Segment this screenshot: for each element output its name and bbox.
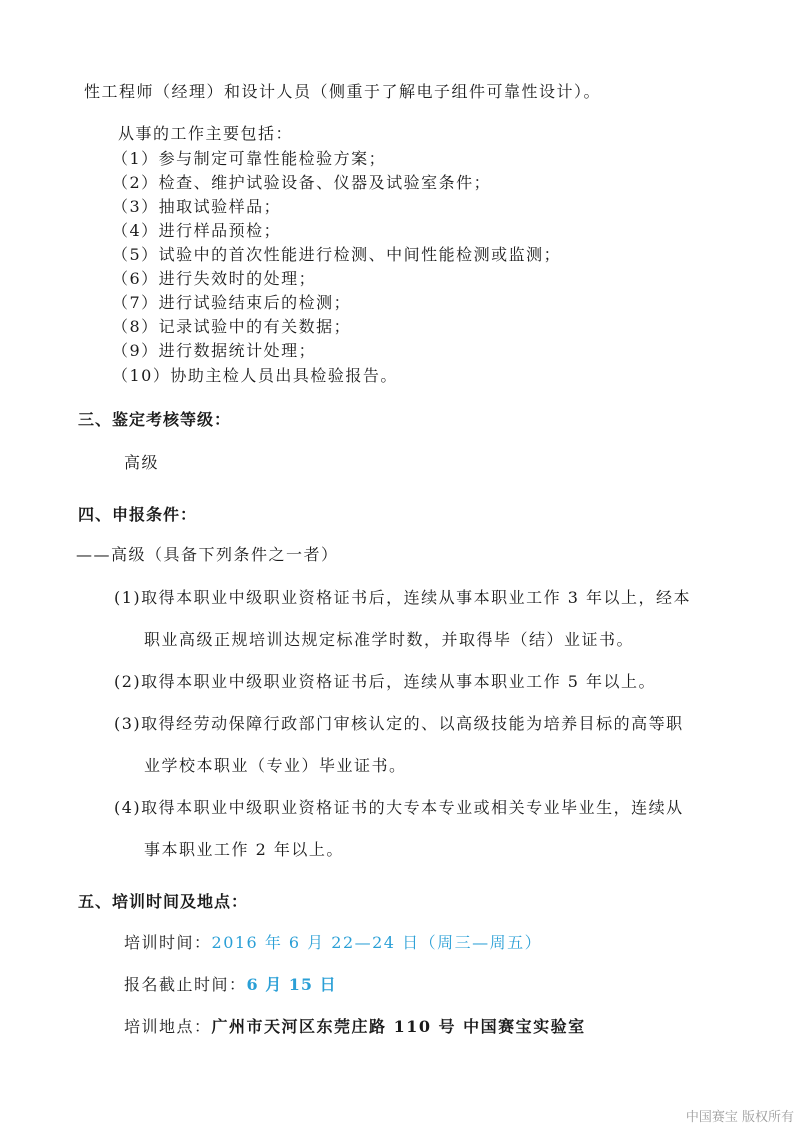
duty-item: （9）进行数据统计处理； xyxy=(112,341,316,361)
condition-4-line2: 事本职业工作 2 年以上。 xyxy=(144,840,344,860)
copyright-footer: 中国赛宝 版权所有 xyxy=(686,1106,794,1125)
condition-3-line1: (3)取得经劳动保障行政部门审核认定的、以高级技能为培养目标的高等职 xyxy=(114,714,684,734)
duty-item: （2）检查、维护试验设备、仪器及试验室条件； xyxy=(112,173,491,193)
duty-item: （4）进行样品预检； xyxy=(112,221,281,241)
deadline-value: 6 月 15 日 xyxy=(247,975,337,994)
deadline-row: 报名截止时间：6 月 15 日 xyxy=(124,975,337,995)
condition-1-line1: (1)取得本职业中级职业资格证书后，连续从事本职业工作 3 年以上，经本 xyxy=(114,588,691,608)
location-row: 培训地点：广州市天河区东莞庄路 110 号 中国赛宝实验室 xyxy=(124,1017,586,1037)
location-label: 培训地点： xyxy=(124,1017,212,1036)
intro-line: 性工程师（经理）和设计人员（侧重于了解电子组件可靠性设计）。 xyxy=(84,82,601,102)
duties-heading: 从事的工作主要包括： xyxy=(118,124,293,144)
condition-3-line2: 业学校本职业（专业）毕业证书。 xyxy=(144,756,407,776)
location-value: 广州市天河区东莞庄路 110 号 中国赛宝实验室 xyxy=(212,1017,586,1036)
duty-item: （6）进行失效时的处理； xyxy=(112,269,316,289)
section3-level: 高级 xyxy=(124,453,159,473)
condition-2-line1: (2)取得本职业中级职业资格证书后，连续从事本职业工作 5 年以上。 xyxy=(114,672,656,692)
training-time-value: 2016 年 6 月 22—24 日（周三—周五） xyxy=(212,933,543,952)
duty-item: （1）参与制定可靠性能检验方案； xyxy=(112,149,386,169)
condition-1-line2: 职业高级正规培训达规定标准学时数，并取得毕（结）业证书。 xyxy=(144,630,634,650)
duty-item: （8）记录试验中的有关数据； xyxy=(112,317,351,337)
deadline-label: 报名截止时间： xyxy=(124,975,247,994)
section3-heading: 三、鉴定考核等级： xyxy=(78,410,231,430)
training-time-label: 培训时间： xyxy=(124,933,212,952)
duty-item: （3）抽取试验样品； xyxy=(112,197,281,217)
training-time-row: 培训时间：2016 年 6 月 22—24 日（周三—周五） xyxy=(124,933,542,953)
duty-item: （7）进行试验结束后的检测； xyxy=(112,293,351,313)
condition-4-line1: (4)取得本职业中级职业资格证书的大专本专业或相关专业毕业生，连续从 xyxy=(114,798,684,818)
section4-subheading: ——高级（具备下列条件之一者） xyxy=(76,545,339,565)
section5-heading: 五、培训时间及地点： xyxy=(78,892,248,912)
duty-item: （10）协助主检人员出具检验报告。 xyxy=(112,366,398,386)
duty-item: （5）试验中的首次性能进行检测、中间性能检测或监测； xyxy=(112,245,561,265)
section4-heading: 四、申报条件： xyxy=(78,505,197,525)
